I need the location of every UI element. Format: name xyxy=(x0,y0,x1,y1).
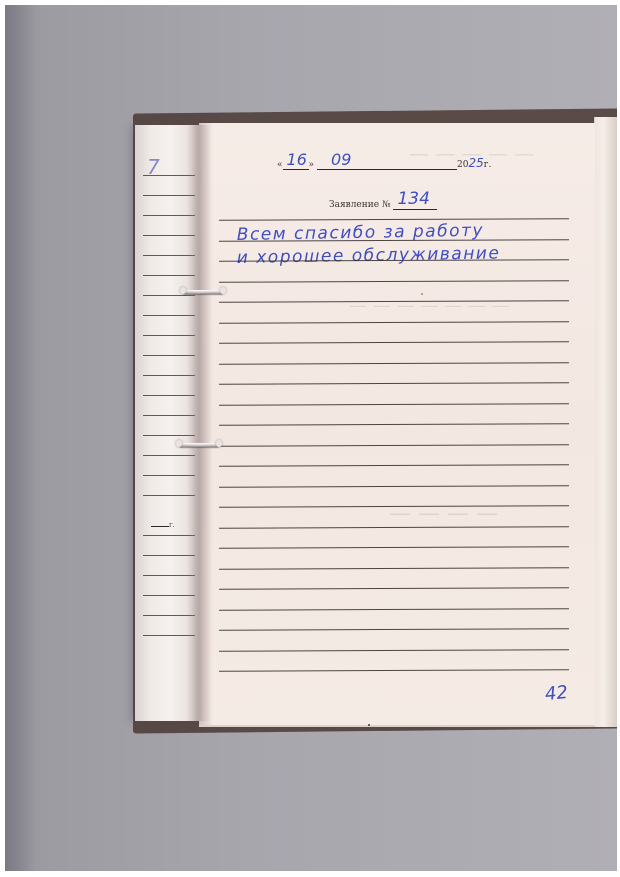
ruled-line xyxy=(219,280,569,283)
main-page: — — — — — — — — — — — — — — — — «16»0920… xyxy=(199,123,595,727)
date-year-prefix: 20 xyxy=(457,160,468,170)
stub-year-blank xyxy=(151,526,169,527)
journal-book: 7 г. — — — — — — — — — — — — — — — — «16… xyxy=(129,117,617,727)
ruled-line xyxy=(219,608,569,611)
ruled-line xyxy=(219,362,569,365)
staple-bottom xyxy=(179,443,219,447)
ruled-line xyxy=(219,423,569,426)
staple-top xyxy=(183,290,223,294)
paper-speck xyxy=(368,724,370,726)
page-number: 42 xyxy=(544,682,569,705)
handwritten-line-2: и хорошее обслуживание xyxy=(237,243,501,268)
ruled-line xyxy=(219,444,569,447)
date-close-quote: » xyxy=(309,160,315,170)
date-day-value: 16 xyxy=(287,150,307,169)
statement-label: Заявление № xyxy=(329,200,390,210)
ruled-line xyxy=(219,669,569,672)
ruled-line xyxy=(219,321,569,324)
ruled-line xyxy=(219,567,569,570)
ruled-line xyxy=(219,526,569,529)
ruled-line xyxy=(219,587,569,590)
ruled-line xyxy=(219,628,569,631)
page-stack-edge xyxy=(594,117,617,727)
ruled-line xyxy=(219,218,569,221)
date-day-blank: 16 xyxy=(283,155,309,170)
ruled-line xyxy=(219,485,569,488)
ruled-line xyxy=(219,403,569,406)
statement-number-blank: 134 xyxy=(393,193,437,210)
bleed-through-text: — — — — — — — xyxy=(349,295,509,316)
ruled-line xyxy=(219,649,569,652)
stub-year-unit: г. xyxy=(169,521,175,529)
ruled-line xyxy=(219,546,569,549)
date-field: «16»092025г. xyxy=(277,155,557,170)
paper-speck xyxy=(421,293,423,295)
scanner-background: 7 г. — — — — — — — — — — — — — — — — «16… xyxy=(5,5,617,871)
date-month-value: 09 xyxy=(331,150,351,169)
date-month-blank: 09 xyxy=(317,155,457,170)
ruled-line xyxy=(219,382,569,385)
ruled-line xyxy=(219,464,569,467)
binding-gutter xyxy=(187,125,211,721)
date-year-unit: г. xyxy=(484,160,492,170)
ruled-line xyxy=(219,341,569,344)
statement-number-value: 134 xyxy=(397,189,429,209)
statement-number-field: Заявление №134 xyxy=(329,193,437,210)
date-year-suffix: 25 xyxy=(468,156,483,170)
